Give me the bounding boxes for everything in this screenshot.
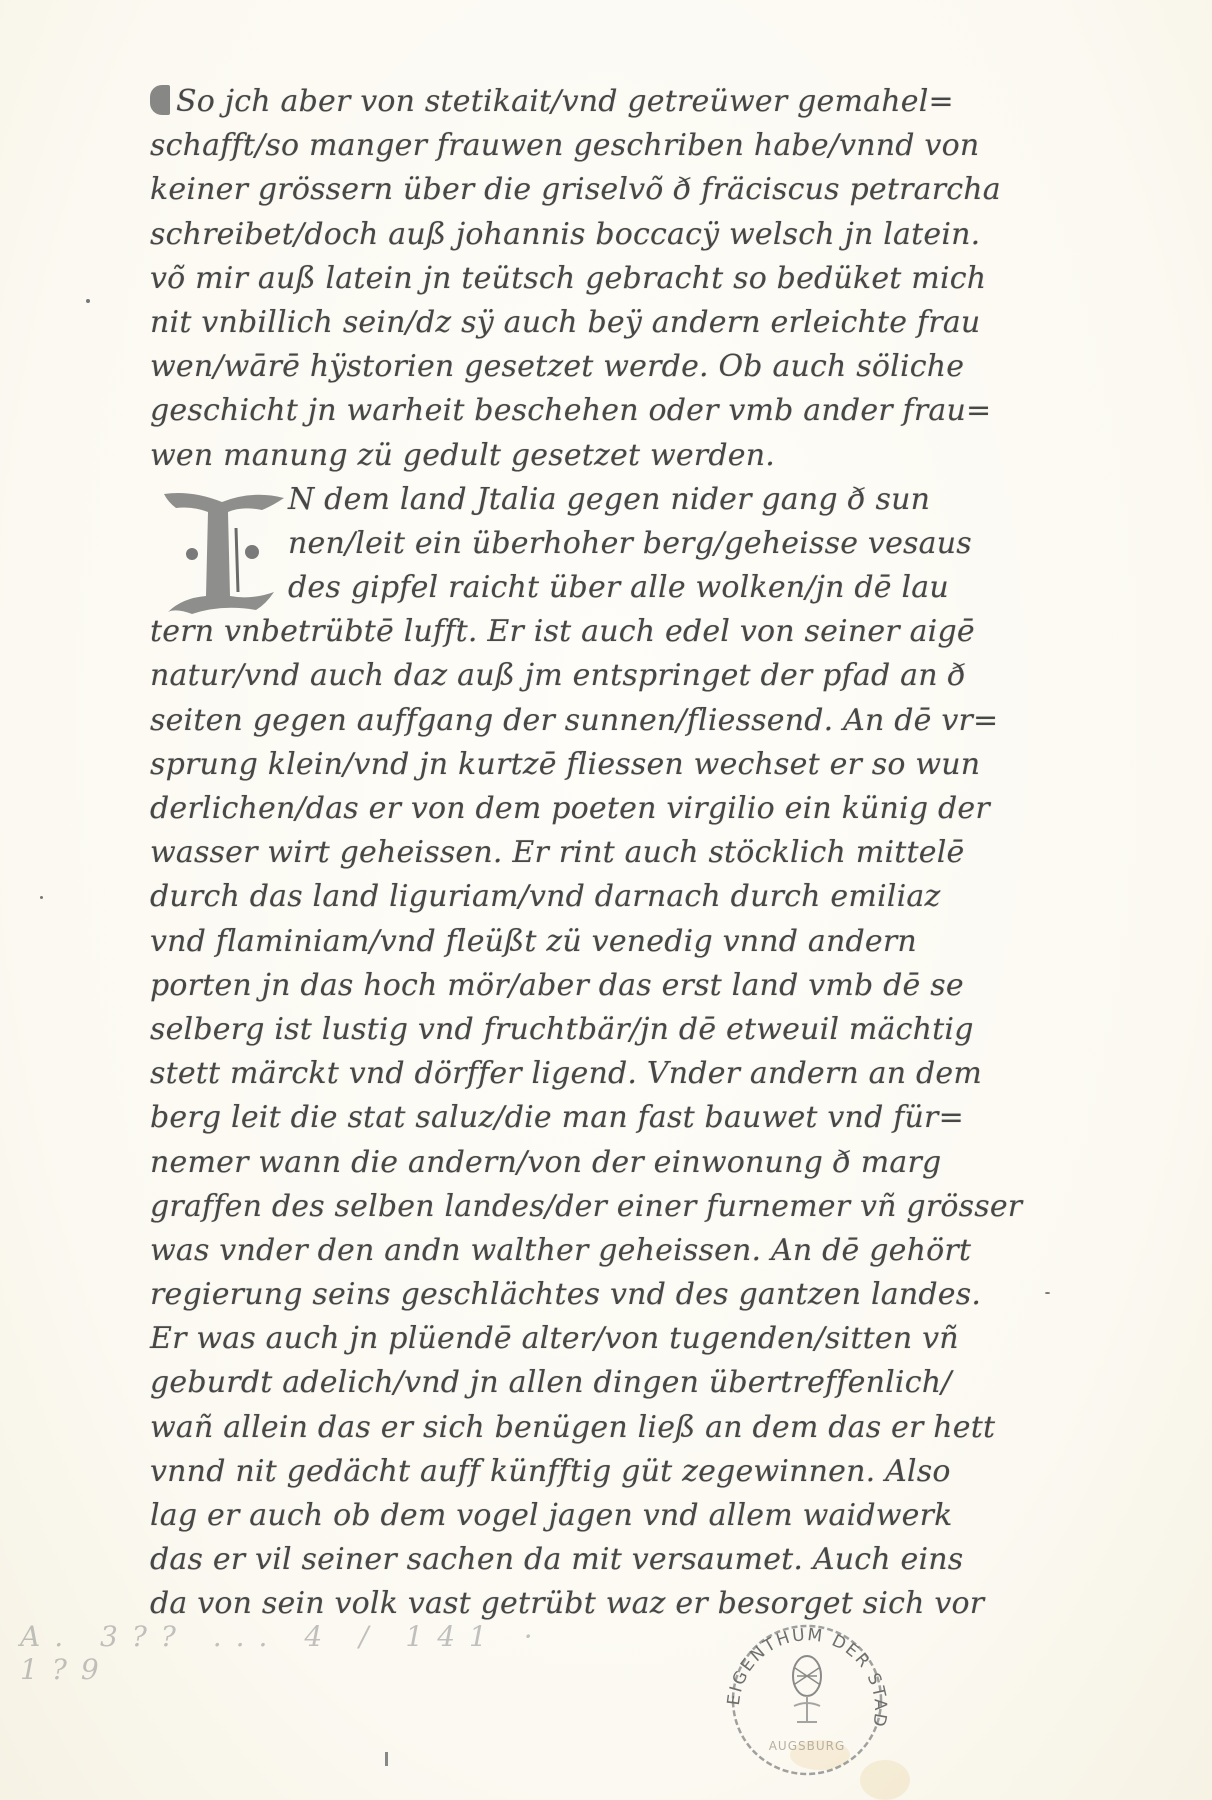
margin-speck — [86, 299, 90, 303]
text-line: stett märckt vnd dörffer ligend. Vnder a… — [150, 1052, 1030, 1096]
text-line: seiten gegen auffgang der sunnen/fliesse… — [150, 699, 1030, 743]
text-line: selberg ist lustig vnd fruchtbär/jn dē e… — [150, 1008, 1030, 1052]
text-line: geschicht jn warheit beschehen oder vmb … — [150, 389, 1030, 433]
folio-tick — [385, 1752, 388, 1766]
text-line: porten jn das hoch mör/aber das erst lan… — [150, 964, 1030, 1008]
document-page: So jch aber von stetikait/vnd getreüwer … — [0, 0, 1212, 1800]
text-line: vnd flaminiam/vnd fleüßt zü venedig vnnd… — [150, 920, 1030, 964]
pilcrow-icon — [150, 85, 170, 115]
text-line: keiner grössern über die griselvõ ð fräc… — [150, 168, 1030, 212]
paragraph-prologue: So jch aber von stetikait/vnd getreüwer … — [150, 80, 1030, 478]
text-line: nit vnbillich sein/dz sÿ auch beÿ andern… — [150, 301, 1030, 345]
text-line: So jch aber von stetikait/vnd getreüwer … — [150, 80, 1030, 124]
text-line: lag er auch ob dem vogel jagen vnd allem… — [150, 1494, 1030, 1538]
text-line: nemer wann die andern/von der einwonung … — [150, 1141, 1030, 1185]
text-line: wasser wirt geheissen. Er rint auch stöc… — [150, 831, 1030, 875]
text-line: berg leit die stat saluz/die man fast ba… — [150, 1096, 1030, 1140]
svg-text:AUGSBURG: AUGSBURG — [769, 1739, 846, 1753]
text-line: graffen des selben landes/der einer furn… — [150, 1185, 1030, 1229]
text-line: vnnd nit gedächt auff künfftig güt zegew… — [150, 1450, 1030, 1494]
text-line: was vnder den andn walther geheissen. An… — [150, 1229, 1030, 1273]
text-line: schreibet/doch auß johannis boccacÿ wels… — [150, 213, 1030, 257]
text-block: So jch aber von stetikait/vnd getreüwer … — [150, 80, 1030, 1627]
text-line: schafft/so manger frauwen geschriben hab… — [150, 124, 1030, 168]
text-line: sprung klein/vnd jn kurtzē fliessen wech… — [150, 743, 1030, 787]
text-line: durch das land liguriam/vnd darnach durc… — [150, 875, 1030, 919]
text-line: regierung seins geschlächtes vnd des gan… — [150, 1273, 1030, 1317]
svg-text:EIGENTHUM DER STADT: EIGENTHUM DER STADT — [712, 1610, 890, 1730]
margin-speck — [40, 896, 43, 899]
pine-cone-icon — [793, 1656, 821, 1722]
text-line: wen/wārē hÿstorien gesetzet werde. Ob au… — [150, 345, 1030, 389]
text-line: Er was auch jn plüendē alter/von tugende… — [150, 1317, 1030, 1361]
margin-speck — [1045, 1292, 1050, 1294]
text-line: võ mir auß latein jn teütsch gebracht so… — [150, 257, 1030, 301]
decorated-initial-I-icon — [162, 488, 288, 618]
text-line: derlichen/das er von dem poeten virgilio… — [150, 787, 1030, 831]
text-line: wen manung zü gedult gesetzet werden. — [150, 434, 1030, 478]
text-line: natur/vnd auch daz auß jm entspringet de… — [150, 654, 1030, 698]
text-line: geburdt adelich/vnd jn allen dingen über… — [150, 1361, 1030, 1405]
library-stamp: EIGENTHUM DER STADT AUGSBURG — [712, 1610, 902, 1782]
text-line: das er vil seiner sachen da mit versaume… — [150, 1538, 1030, 1582]
paragraph-story: N dem land Jtalia gegen nider gang ð sun… — [150, 478, 1030, 1627]
handwritten-shelfmark: A. 3?? ... 4 / 141 · 1?9 — [20, 1620, 580, 1730]
text-line: wañ allein das er sich benügen ließ an d… — [150, 1406, 1030, 1450]
